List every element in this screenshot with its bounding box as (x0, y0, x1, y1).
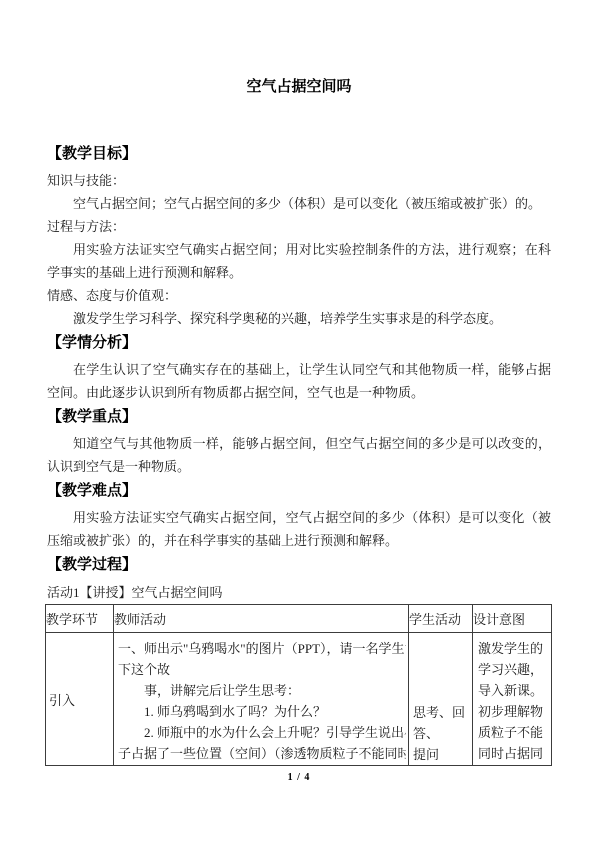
section-learner-analysis: 【学情分析】 在学生认识了空气确实存在的基础上，让学生认同空气和其他物质一样，能… (47, 333, 551, 404)
cell-line: 激发学生的 (478, 638, 549, 659)
column-header-student-activity: 学生活动 (409, 605, 473, 633)
cell-line: 导入新课。 (478, 680, 549, 701)
document-title: 空气占据空间吗 (47, 78, 551, 97)
teacher-activity-cell: 一、师出示"乌鸦喝水"的图片（PPT），请一名学生讲一 下这个故 事，讲解完后让… (114, 633, 409, 766)
paragraph-emotion-values-body: 激发学生学习科学、探究科学奥秘的兴趣，培养学生实事求是的科学态度。 (47, 307, 551, 330)
paragraph-knowledge-skills-body: 空气占据空间；空气占据空间的多少（体积）是可以变化（被压缩或被扩张）的。 (47, 192, 551, 215)
cell-line: 2. 师瓶中的水为什么会上升呢？引导学生说出小石 (118, 722, 406, 743)
table-header-row: 教学环节 教师活动 学生活动 设计意图 (46, 605, 552, 633)
table-row: 引入 一、师出示"乌鸦喝水"的图片（PPT），请一名学生讲一 下这个故 事，讲解… (46, 633, 552, 766)
cell-line: 学习兴趣， (478, 659, 549, 680)
paragraph-process-methods-body: 用实验方法证实空气确实占据空间；用对比实验控制条件的方法，进行观察；在科学事实的… (47, 238, 551, 284)
section-teaching-goals: 【教学目标】 知识与技能： 空气占据空间；空气占据空间的多少（体积）是可以变化（… (47, 144, 551, 330)
cell-line: 事，讲解完后让学生思考： (118, 680, 406, 701)
column-header-teacher-activity: 教师活动 (114, 605, 409, 633)
paragraph-process-methods-label: 过程与方法： (47, 215, 551, 238)
section-heading-teaching-difficulty: 【教学难点】 (47, 481, 551, 501)
cell-line: 提问 (413, 744, 470, 765)
section-teaching-process: 【教学过程】 (47, 555, 551, 575)
paragraph-knowledge-skills-label: 知识与技能： (47, 169, 551, 192)
column-header-design-intent: 设计意图 (473, 605, 552, 633)
paragraph-learner-analysis: 在学生认识了空气确实存在的基础上，让学生认同空气和其他物质一样，能够占据空间。由… (47, 358, 551, 404)
section-teaching-focus: 【教学重点】 知道空气与其他物质一样，能够占据空间，但空气占据空间的多少是可以改… (47, 407, 551, 478)
cell-line: 质粒子不能 (478, 722, 549, 743)
stage-cell: 引入 (46, 633, 114, 766)
cell-line: 同时占据同 (478, 743, 549, 764)
cell-line: 答、 (413, 723, 470, 744)
lesson-process-table: 教学环节 教师活动 学生活动 设计意图 引入 一、师出示"乌鸦喝水"的图片（PP… (45, 604, 552, 766)
cell-line: 一、师出示"乌鸦喝水"的图片（PPT），请一名学生讲一 (118, 638, 406, 659)
page-number: 1 / 4 (47, 772, 551, 783)
student-activity-cell: 思考、回 答、 提问 (409, 633, 473, 766)
section-heading-teaching-goals: 【教学目标】 (47, 144, 551, 164)
cell-line: 思考、回 (413, 702, 470, 723)
section-heading-teaching-process: 【教学过程】 (47, 555, 551, 575)
section-teaching-difficulty: 【教学难点】 用实验方法证实空气确实占据空间，空气占据空间的多少（体积）是可以变… (47, 481, 551, 552)
document-page: 空气占据空间吗 【教学目标】 知识与技能： 空气占据空间；空气占据空间的多少（体… (0, 0, 595, 841)
cell-line: 子占据了一些位置（空间）（渗透物质粒子不能同时占 (118, 743, 406, 764)
cell-line: 下这个故 (118, 659, 406, 680)
section-heading-teaching-focus: 【教学重点】 (47, 407, 551, 427)
paragraph-emotion-values-label: 情感、态度与价值观： (47, 284, 551, 307)
activity-label: 活动1【讲授】空气占据空间吗 (47, 583, 551, 603)
cell-line: 初步理解物 (478, 701, 549, 722)
design-intent-cell: 激发学生的 学习兴趣， 导入新课。 初步理解物 质粒子不能 同时占据同 (473, 633, 552, 766)
section-heading-learner-analysis: 【学情分析】 (47, 333, 551, 353)
paragraph-teaching-difficulty: 用实验方法证实空气确实占据空间，空气占据空间的多少（体积）是可以变化（被压缩或被… (47, 506, 551, 552)
cell-line: 1. 师乌鸦喝到水了吗？为什么？ (118, 701, 406, 722)
column-header-stage: 教学环节 (46, 605, 114, 633)
paragraph-teaching-focus: 知道空气与其他物质一样，能够占据空间，但空气占据空间的多少是可以改变的，认识到空… (47, 432, 551, 478)
